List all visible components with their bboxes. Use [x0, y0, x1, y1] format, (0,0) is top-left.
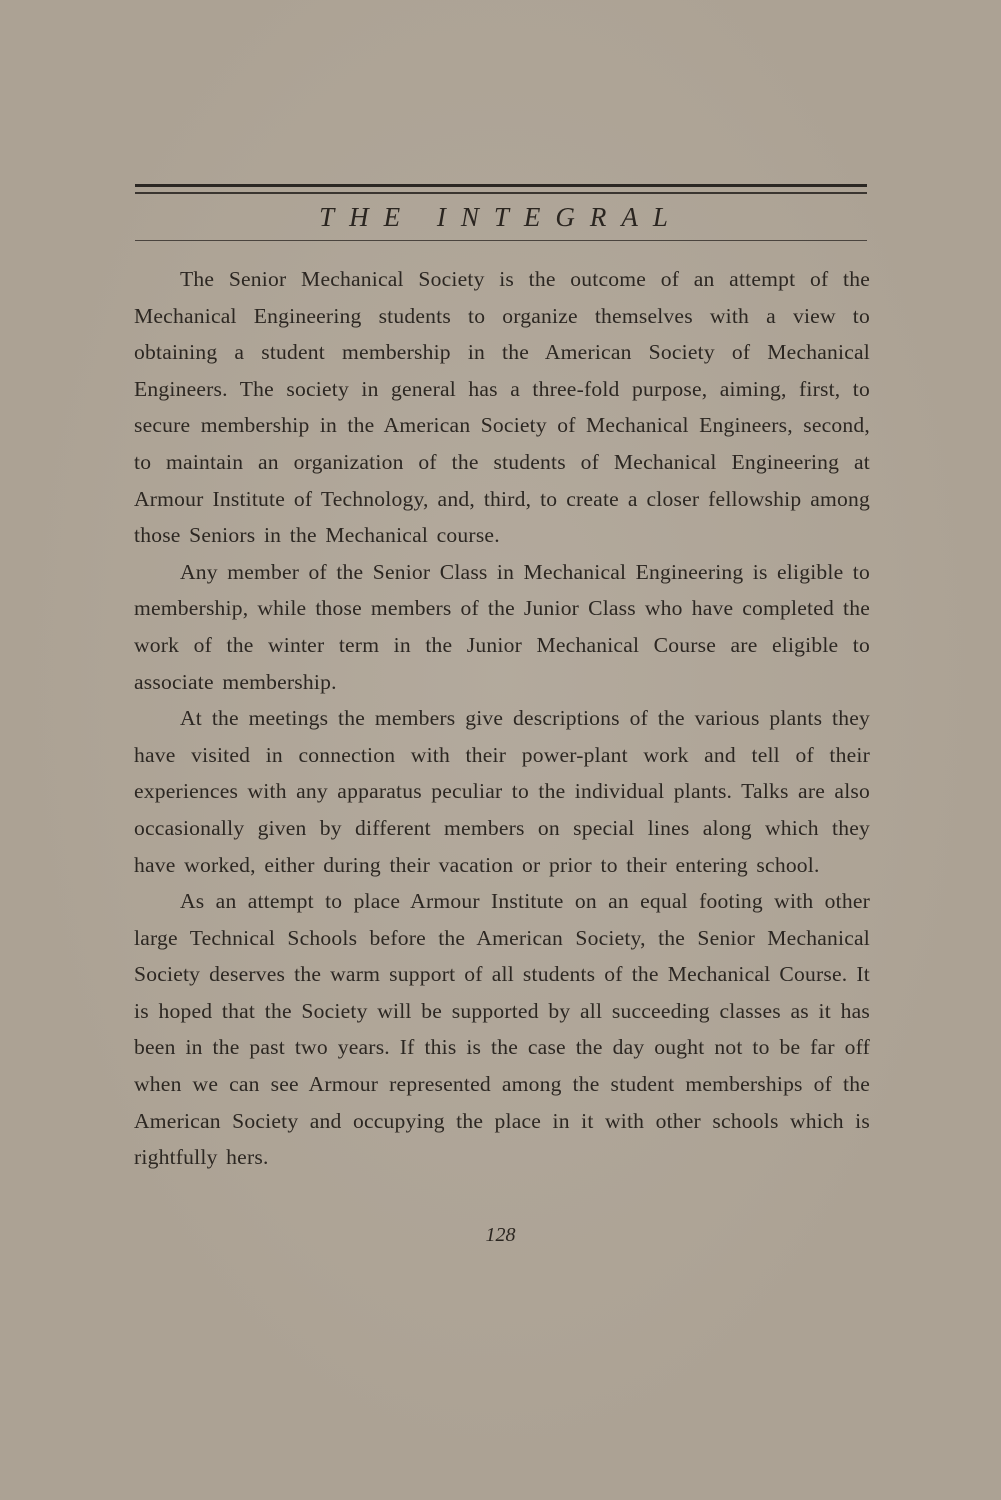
paragraph-3: At the meetings the members give descrip… — [134, 700, 870, 883]
header-double-rule-bottom — [135, 192, 867, 194]
paragraph-4: As an attempt to place Armour Institute … — [134, 883, 870, 1176]
header-underline-rule — [135, 240, 867, 241]
running-head-title: THE INTEGRAL — [135, 198, 867, 236]
header-double-rule-top — [135, 184, 867, 187]
paragraph-1: The Senior Mechanical Society is the out… — [134, 261, 870, 554]
book-page: THE INTEGRAL The Senior Mechanical Socie… — [0, 0, 1001, 1500]
page-number: 128 — [0, 1224, 1001, 1247]
paragraph-2: Any member of the Senior Class in Mechan… — [134, 554, 870, 700]
article-body: The Senior Mechanical Society is the out… — [134, 261, 870, 1176]
